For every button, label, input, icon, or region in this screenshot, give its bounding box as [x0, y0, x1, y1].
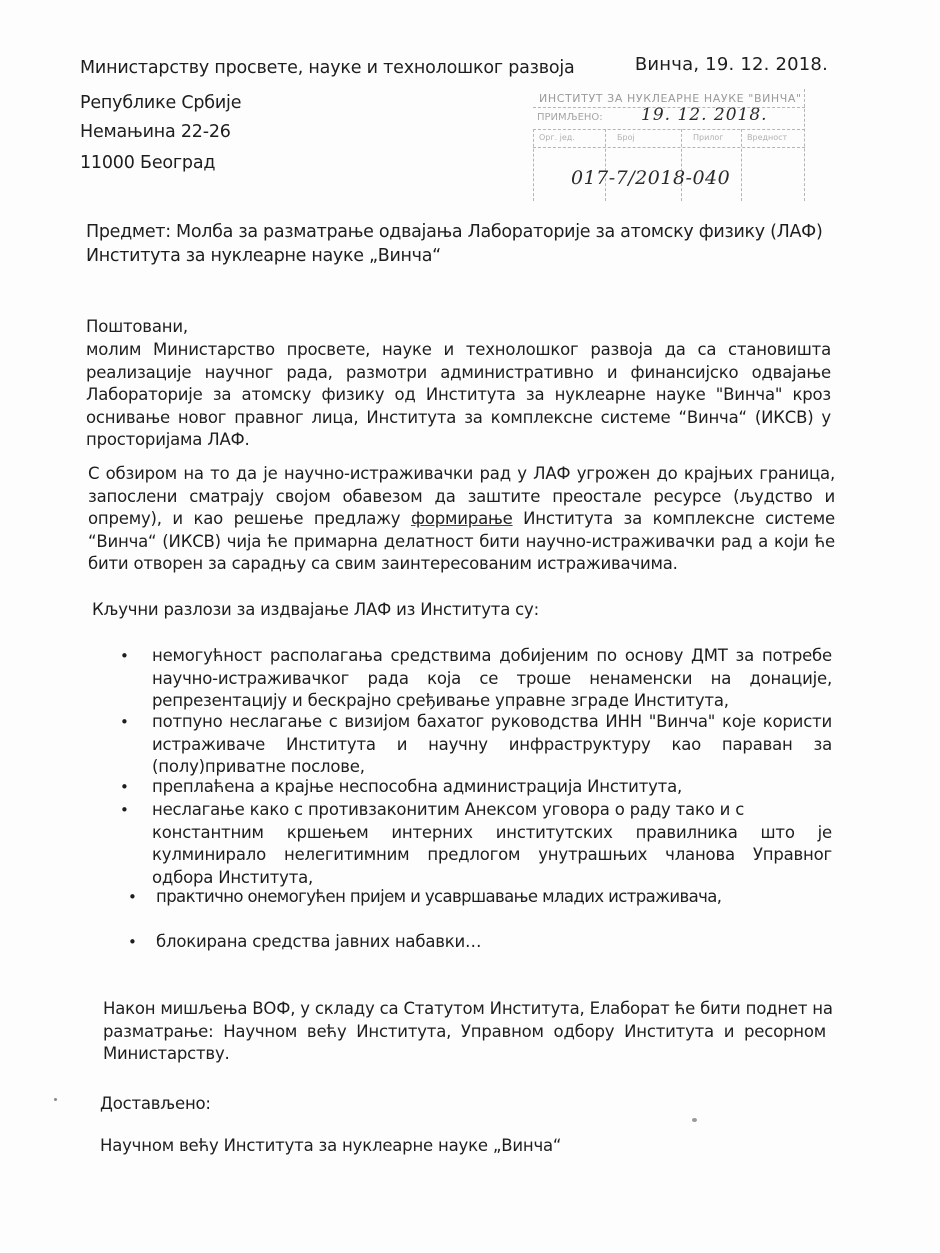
delivered-label: Достављено:	[100, 1094, 211, 1113]
subject-line: Предмет: Молба за разматрање одвајања Ла…	[86, 220, 822, 268]
paragraph-closing: Након мишљења ВОФ, у складу са Статутом …	[103, 998, 826, 1066]
paragraph-line: разматрање: Научном већу Института, Упра…	[103, 1021, 826, 1044]
place-date: Винча, 19. 12. 2018.	[635, 54, 828, 75]
bullet-icon: •	[120, 645, 134, 668]
stamp-divider	[533, 147, 805, 148]
paragraph-line: реализације научног рада, размотри админ…	[86, 362, 831, 385]
stamp-border	[533, 129, 534, 201]
paragraph-request: молим Министарство просвете, науке и тех…	[86, 339, 831, 452]
bullet-icon: •	[128, 886, 142, 909]
stamp-registration-number: 017-7/2018-040	[571, 167, 730, 189]
stamp-received-label: ПРИМЉЕНО:	[537, 112, 603, 123]
paragraph-line: “Винча“ (ИКСВ) чија ће примарна делатнос…	[88, 531, 835, 554]
stamp-column-label: Прилог	[693, 133, 724, 142]
list-item-text: блокирана средства јавних набавки…	[156, 931, 836, 954]
reasons-intro: Кључни разлози за издвајање ЛАФ из Инсти…	[92, 600, 539, 619]
list-item-text: практично онемогућен пријем и усавршавањ…	[156, 886, 836, 909]
stamp-divider	[533, 129, 805, 130]
bullet-icon: •	[120, 711, 134, 734]
paragraph-justification: С обзиром на то да је научно-истраживачк…	[88, 463, 835, 576]
stamp-column-divider	[681, 129, 682, 201]
paragraph-line: просторијама ЛАФ.	[86, 429, 831, 452]
handwritten-underline-word: формирање	[411, 509, 513, 528]
stamp-column-divider	[741, 129, 742, 201]
list-item-text: немогућност располагања средствима добиј…	[152, 645, 832, 713]
list-item-line: репрезентацију и бескрајно сређивање упр…	[152, 690, 832, 713]
list-item-line: кулминирало нелегитимним предлогом унутр…	[152, 844, 832, 867]
registry-stamp: ИНСТИТУТ ЗА НУКЛЕАРНЕ НАУКЕ "ВИНЧА" ПРИМ…	[533, 89, 805, 201]
list-item-line: истраживаче Института и научну инфрастру…	[152, 734, 832, 757]
list-item-line: научно-истраживачког рада која се троше …	[152, 668, 832, 691]
paragraph-line: оснивање новог правног лица, Института з…	[86, 407, 831, 430]
list-item-text: преплаћена а крајње неспособна администр…	[152, 776, 832, 799]
subject-line-1: Предмет: Молба за разматрање одвајања Ла…	[86, 220, 822, 244]
paragraph-line: Министарству.	[103, 1043, 826, 1066]
stamp-column-label: Број	[617, 133, 635, 142]
paragraph-line: запослени сматрају својом обавезом да за…	[88, 486, 835, 509]
list-item-line: блокирана средства јавних набавки…	[156, 931, 836, 954]
list-item-text: неслагање како с противзаконитим Анексом…	[152, 799, 832, 889]
scan-speck	[54, 1098, 57, 1101]
stamp-column-label: Вредност	[747, 133, 787, 142]
paragraph-line: Лабораторије за атомску физику од Инстит…	[86, 384, 831, 407]
paragraph-line: Након мишљења ВОФ, у складу са Статутом …	[103, 998, 826, 1021]
list-item-line: немогућност располагања средствима добиј…	[152, 645, 832, 668]
paragraph-line: молим Министарство просвете, науке и тех…	[86, 339, 831, 362]
list-item-line: неслагање како с противзаконитим Анексом…	[152, 799, 832, 822]
recipient-line-ministry: Министарству просвете, науке и технолошк…	[80, 58, 575, 78]
paragraph-text: опрему), и као решење предлажу	[88, 509, 411, 528]
paragraph-line: С обзиром на то да је научно-истраживачк…	[88, 463, 835, 486]
list-item-line: практично онемогућен пријем и усавршавањ…	[156, 886, 836, 909]
paragraph-line: опрему), и као решење предлажу формирање…	[88, 508, 835, 531]
scanned-letter-page: Министарству просвете, науке и технолошк…	[0, 0, 940, 1253]
list-item-line: потпуно неслагање с визијом бахатог руко…	[152, 711, 832, 734]
recipient-line-city: 11000 Београд	[80, 153, 215, 173]
scan-speck	[692, 1118, 697, 1122]
list-item-line: преплаћена а крајње неспособна администр…	[152, 776, 832, 799]
paragraph-line: бити отворен за сарадњу са свим заинтере…	[88, 553, 835, 576]
list-item-text: потпуно неслагање с визијом бахатог руко…	[152, 711, 832, 779]
delivered-to: Научном већу Института за нуклеарне наук…	[100, 1136, 561, 1155]
stamp-received-date: 19. 12. 2018.	[641, 105, 768, 125]
subject-line-2: Института за нуклеарне науке „Винча“	[86, 244, 822, 268]
list-item-line: константним кршењем интерних институтски…	[152, 822, 832, 845]
paragraph-text: Института за комплексне системе	[513, 509, 835, 528]
stamp-column-label: Орг. јед.	[539, 133, 575, 142]
recipient-line-country: Републике Србије	[80, 93, 241, 113]
bullet-icon: •	[128, 931, 142, 954]
stamp-border	[804, 89, 805, 201]
stamp-column-divider	[605, 129, 606, 201]
bullet-icon: •	[120, 799, 134, 822]
bullet-icon: •	[120, 776, 134, 799]
stamp-header: ИНСТИТУТ ЗА НУКЛЕАРНЕ НАУКЕ "ВИНЧА"	[539, 92, 802, 105]
salutation: Поштовани,	[86, 317, 188, 336]
recipient-line-street: Немањина 22-26	[80, 122, 231, 142]
